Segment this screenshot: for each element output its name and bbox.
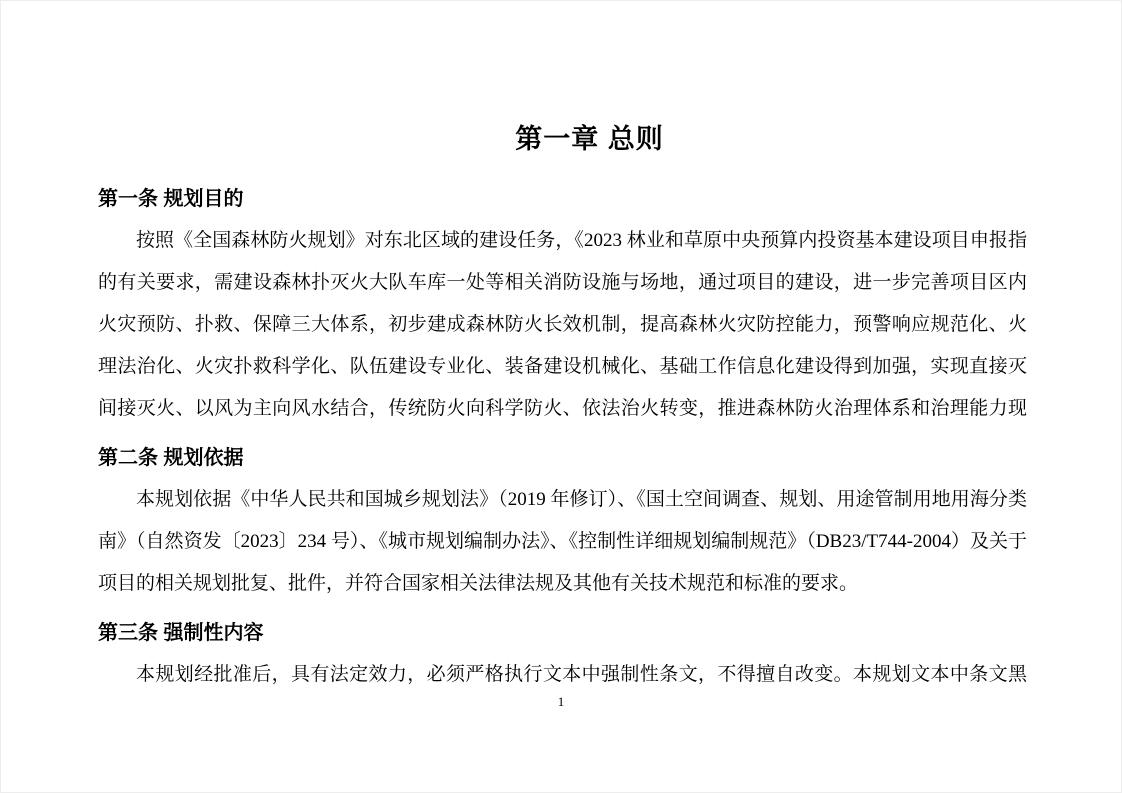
body-line: 按照《全国森林防火规划》对东北区域的建设任务，《2023 林业和草原中央预算内投… xyxy=(98,220,1027,262)
body-line: 本规划经批准后，具有法定效力，必须严格执行文本中强制性条文，不得擅自改变。本规划… xyxy=(98,654,1027,696)
body-line: 本规划依据《中华人民共和国城乡规划法》（2019 年修订）、《国土空间调查、规划… xyxy=(98,479,1027,521)
body-line: 理法治化、火灾扑救科学化、队伍建设专业化、装备建设机械化、基础工作信息化建设得到… xyxy=(98,346,1027,388)
article-2-heading: 第二条 规划依据 xyxy=(98,437,1027,479)
body-line: 间接灭火、以风为主向风水结合，传统防火向科学防火、依法治火转变，推进森林防火治理… xyxy=(98,388,1027,430)
body-line: 的有关要求，需建设森林扑灭火大队车库一处等相关消防设施与场地，通过项目的建设，进… xyxy=(98,262,1027,304)
article-1-heading: 第一条 规划目的 xyxy=(98,178,1027,220)
document-page: 第一章 总则 第一条 规划目的 按照《全国森林防火规划》对东北区域的建设任务，《… xyxy=(0,0,1122,793)
page-number: 1 xyxy=(1,693,1121,711)
body-line: 项目的相关规划批复、批件，并符合国家相关法律法规及其他有关技术规范和标准的要求。 xyxy=(98,563,1027,605)
article-3-heading: 第三条 强制性内容 xyxy=(98,612,1027,654)
article-1-body: 按照《全国森林防火规划》对东北区域的建设任务，《2023 林业和草原中央预算内投… xyxy=(98,220,1027,430)
chapter-title: 第一章 总则 xyxy=(98,1,1027,159)
article-3-body: 本规划经批准后，具有法定效力，必须严格执行文本中强制性条文，不得擅自改变。本规划… xyxy=(98,654,1027,696)
body-line: 火灾预防、扑救、保障三大体系，初步建成森林防火长效机制，提高森林火灾防控能力，预… xyxy=(98,304,1027,346)
article-2-body: 本规划依据《中华人民共和国城乡规划法》（2019 年修订）、《国土空间调查、规划… xyxy=(98,479,1027,605)
body-line: 南》（自然资发〔2023〕234 号）、《城市规划编制办法》、《控制性详细规划编… xyxy=(98,521,1027,563)
